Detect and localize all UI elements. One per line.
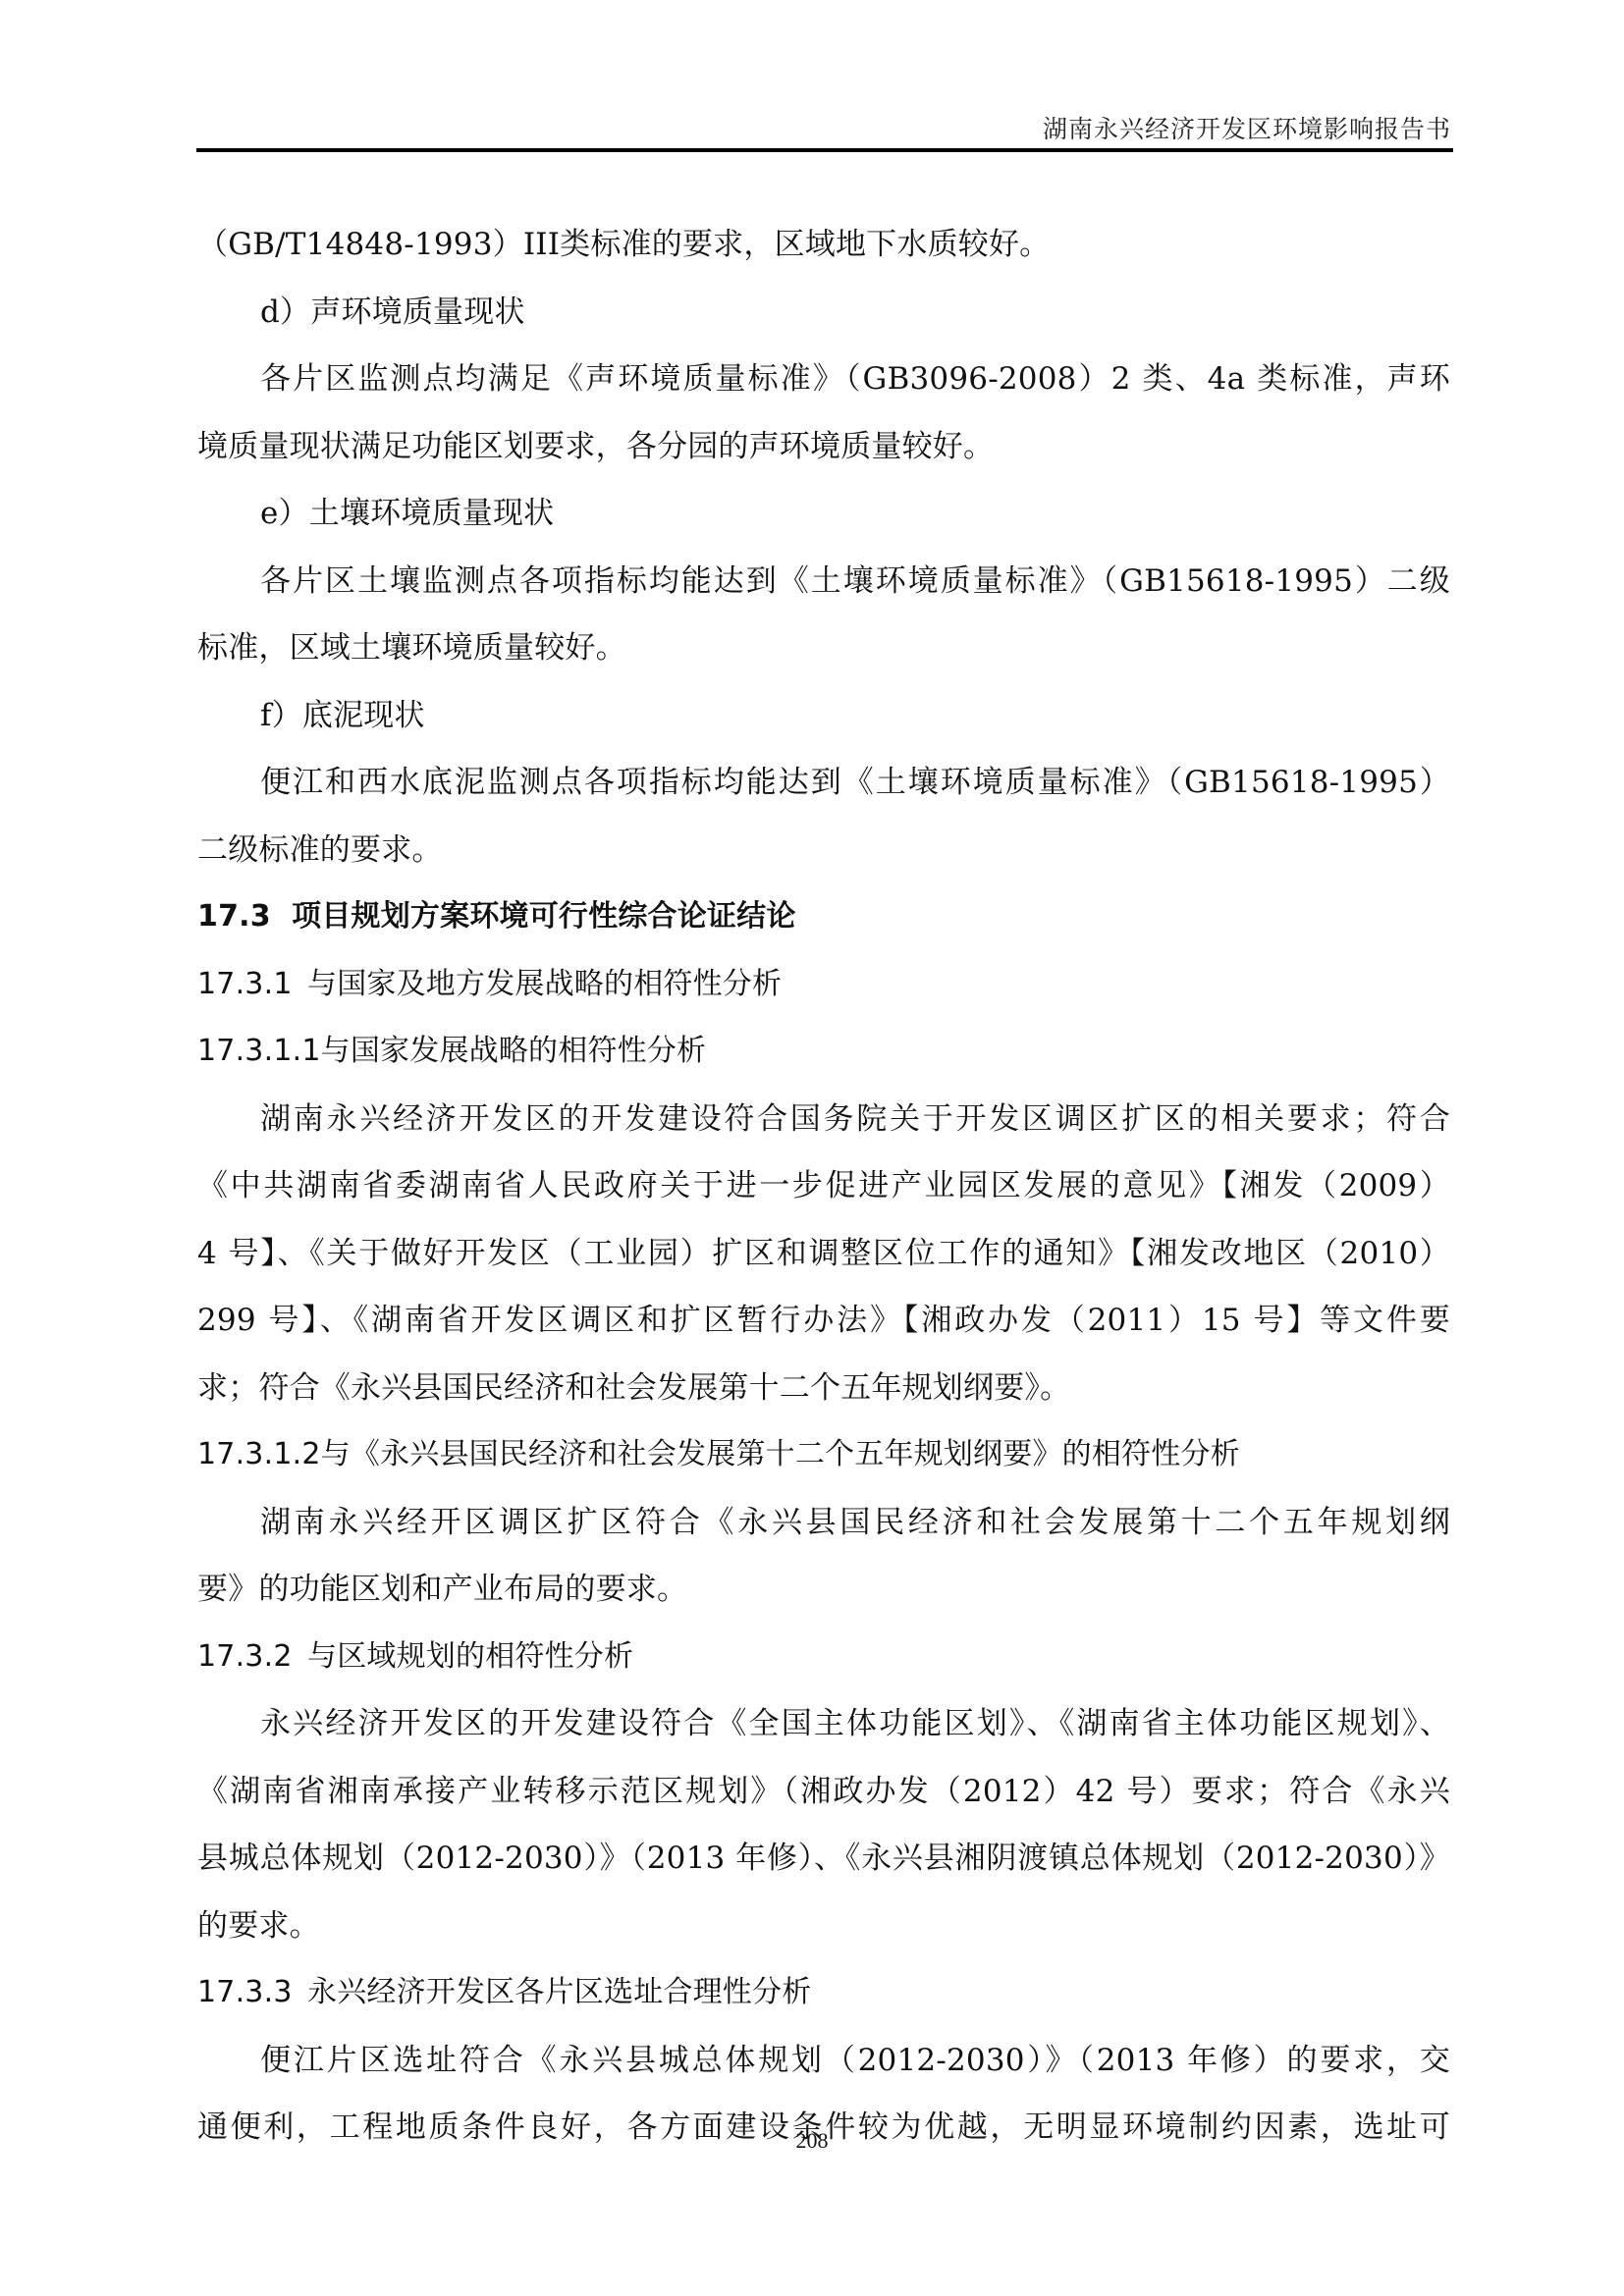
section-heading-17-3-3: 17.3.3永兴经济开发区各片区选址合理性分析	[197, 1962, 1450, 2030]
section-title: 与《永兴县国民经济和社会发展第十二个五年规划纲要》的相符性分析	[321, 1437, 1240, 1471]
document-body: （GB/T14848-1993）III类标准的要求，区域地下水质较好。 d）声环…	[197, 214, 1450, 2164]
paragraph-line: 299 号】、《湖南省开发区调区和扩区暂行办法》【湘政办发（2011）15 号】…	[197, 1290, 1450, 1358]
section-title: 与国家及地方发展战略的相符性分析	[307, 967, 782, 1001]
paragraph-line: 永兴经济开发区的开发建设符合《全国主体功能区划》、《湖南省主体功能区规划》、	[197, 1693, 1450, 1761]
paragraph-line: 便江和西水底泥监测点各项指标均能达到《土壤环境质量标准》（GB15618-199…	[197, 752, 1450, 820]
paragraph-line: 湖南永兴经开区调区扩区符合《永兴县国民经济和社会发展第十二个五年规划纲	[197, 1492, 1450, 1560]
paragraph-line: （GB/T14848-1993）III类标准的要求，区域地下水质较好。	[197, 214, 1450, 282]
section-number: 17.3.2	[197, 1627, 307, 1687]
section-title: 项目规划方案环境可行性综合论证结论	[292, 899, 795, 934]
section-heading-17-3-1-1: 17.3.1.1与国家发展战略的相符性分析	[197, 1021, 1450, 1089]
section-number: 17.3.1	[197, 954, 307, 1015]
paragraph-line: 二级标准的要求。	[197, 820, 1450, 887]
header-rule	[196, 148, 1453, 152]
section-title: 与国家发展战略的相符性分析	[321, 1034, 707, 1068]
section-heading-17-3-2: 17.3.2与区域规划的相符性分析	[197, 1627, 1450, 1694]
paragraph-line: 《中共湖南省委湖南省人民政府关于进一步促进产业园区发展的意见》【湘发（2009）	[197, 1155, 1450, 1223]
paragraph-line: 境质量现状满足功能区划要求，各分园的声环境质量较好。	[197, 416, 1450, 484]
section-number: 17.3.3	[197, 1962, 307, 2023]
paragraph-line: 县城总体规划（2012-2030）》（2013 年修）、《永兴县湘阴渡镇总体规划…	[197, 1828, 1450, 1896]
paragraph-line: 求；符合《永兴县国民经济和社会发展第十二个五年规划纲要》。	[197, 1358, 1450, 1425]
section-heading-17-3-1: 17.3.1与国家及地方发展战略的相符性分析	[197, 954, 1450, 1022]
paragraph-line: 各片区土壤监测点各项指标均能达到《土壤环境质量标准》（GB15618-1995）…	[197, 551, 1450, 618]
section-heading-17-3: 17.3 项目规划方案环境可行性综合论证结论	[197, 886, 1450, 954]
running-header-title: 湖南永兴经济开发区环境影响报告书	[1043, 110, 1451, 145]
section-heading-17-3-1-2: 17.3.1.2与《永兴县国民经济和社会发展第十二个五年规划纲要》的相符性分析	[197, 1424, 1450, 1492]
subheading-sound-environment: d）声环境质量现状	[197, 282, 1450, 349]
subheading-sediment: f）底泥现状	[197, 685, 1450, 753]
paragraph-line: 要》的功能区划和产业布局的要求。	[197, 1559, 1450, 1627]
paragraph-line: 4 号】、《关于做好开发区（工业园）扩区和调整区位工作的通知》【湘发改地区（20…	[197, 1223, 1450, 1291]
paragraph-line: 标准，区域土壤环境质量较好。	[197, 617, 1450, 685]
subheading-soil-environment: e）土壤环境质量现状	[197, 483, 1450, 551]
page-number: 208	[0, 2128, 1624, 2154]
paragraph-line: 的要求。	[197, 1896, 1450, 1963]
section-number: 17.3.1.1	[197, 1034, 321, 1068]
paragraph-line: 湖南永兴经济开发区的开发建设符合国务院关于开发区调区扩区的相关要求；符合	[197, 1089, 1450, 1156]
paragraph-line: 便江片区选址符合《永兴县城总体规划（2012-2030）》（2013 年修）的要…	[197, 2030, 1450, 2098]
section-number: 17.3	[197, 899, 271, 934]
paragraph-line: 各片区监测点均满足《声环境质量标准》（GB3096-2008）2 类、4a 类标…	[197, 348, 1450, 416]
section-number: 17.3.1.2	[197, 1437, 321, 1471]
section-title: 与区域规划的相符性分析	[307, 1639, 633, 1674]
paragraph-line: 《湖南省湘南承接产业转移示范区规划》（湘政办发（2012）42 号）要求；符合《…	[197, 1761, 1450, 1829]
section-title: 永兴经济开发区各片区选址合理性分析	[307, 1975, 811, 2009]
